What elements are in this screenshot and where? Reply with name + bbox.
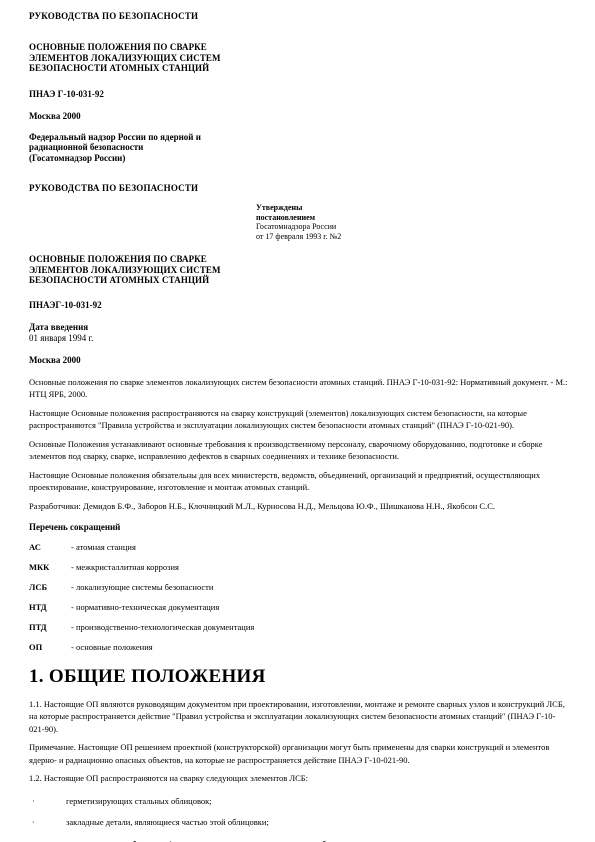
list-item-text: узлы приварки к облицовке функциональных… <box>66 838 569 842</box>
city-year-repeat: Москва 2000 <box>29 355 569 365</box>
approval-line: Госатомнадзора России <box>256 222 569 232</box>
clause-1-1-note: Примечание. Настоящие ОП решением проект… <box>29 741 569 766</box>
approval-line: от 17 февраля 1993 г. №2 <box>256 232 569 242</box>
doc-title-line: ОСНОВНЫЕ ПОЛОЖЕНИЯ ПО СВАРКЕ <box>29 254 569 265</box>
abbreviation-term: ПТД <box>29 621 71 634</box>
city-year: Москва 2000 <box>29 111 569 121</box>
bibliography-paragraph: Основные положения по сварке элементов л… <box>29 376 569 401</box>
clause-1-1: 1.1. Настоящие ОП являются руководящим д… <box>29 698 569 736</box>
abbreviation-term: АС <box>29 541 71 554</box>
abbreviations-heading: Перечень сокращений <box>29 522 569 532</box>
doc-title-line: БЕЗОПАСНОСТИ АТОМНЫХ СТАНЦИЙ <box>29 275 569 286</box>
issuing-authority: Федеральный надзор России по ядерной и р… <box>29 132 569 164</box>
authority-line: радиационной безопасности <box>29 142 569 153</box>
requirements-paragraph: Основные Положения устанавливают основны… <box>29 438 569 463</box>
doc-number-repeat: ПНАЭГ-10-031-92 <box>29 300 569 310</box>
doc-number: ПНАЭ Г-10-031-92 <box>29 89 569 99</box>
abbreviation-definition: - производственно-технологическая докуме… <box>71 621 569 634</box>
doc-type-kicker-repeat: РУКОВОДСТВА ПО БЕЗОПАСНОСТИ <box>29 183 569 193</box>
effective-date-label: Дата введения <box>29 322 569 333</box>
abbreviation-definition: - основные положения <box>71 641 569 654</box>
approval-line: постановлением <box>256 213 569 223</box>
list-item: · герметизирующих стальных облицовок; <box>29 795 569 808</box>
abbreviation-row: ЛСБ - локализующие системы безопасности <box>29 581 569 594</box>
abbreviation-row: ПТД - производственно-технологическая до… <box>29 621 569 634</box>
list-item: · узлы приварки к облицовке функциональн… <box>29 838 569 842</box>
clause-1-2: 1.2. Настоящие ОП распространяются на св… <box>29 772 569 785</box>
doc-title: ОСНОВНЫЕ ПОЛОЖЕНИЯ ПО СВАРКЕ ЭЛЕМЕНТОВ Л… <box>29 42 569 74</box>
doc-type-kicker: РУКОВОДСТВА ПО БЕЗОПАСНОСТИ <box>29 11 569 21</box>
abbreviation-term: ЛСБ <box>29 581 71 594</box>
document-page: РУКОВОДСТВА ПО БЕЗОПАСНОСТИ ОСНОВНЫЕ ПОЛ… <box>0 0 595 842</box>
approval-line: Утверждены <box>256 203 569 213</box>
authority-line: Федеральный надзор России по ядерной и <box>29 132 569 143</box>
abbreviation-row: НТД - нормативно-техническая документаци… <box>29 601 569 614</box>
abbreviation-row: МКК - межкристаллитная коррозия <box>29 561 569 574</box>
doc-title-line: ЭЛЕМЕНТОВ ЛОКАЛИЗУЮЩИХ СИСТЕМ <box>29 53 569 64</box>
effective-date-block: Дата введения 01 января 1994 г. <box>29 322 569 344</box>
abbreviation-row: ОП - основные положения <box>29 641 569 654</box>
list-item: · закладные детали, являющиеся частью эт… <box>29 816 569 829</box>
list-item-text: закладные детали, являющиеся частью этой… <box>66 816 569 829</box>
section-1-heading: 1. ОБЩИЕ ПОЛОЖЕНИЯ <box>29 666 569 688</box>
abbreviation-term: МКК <box>29 561 71 574</box>
bullet-icon: · <box>29 816 66 829</box>
abbreviation-definition: - атомная станция <box>71 541 569 554</box>
bullet-icon: · <box>29 838 66 842</box>
list-item-text: герметизирующих стальных облицовок; <box>66 795 569 808</box>
abbreviation-definition: - локализующие системы безопасности <box>71 581 569 594</box>
developers-line: Разработчики: Демидов Б.Ф., Заборов Н.Б.… <box>29 500 569 513</box>
abbreviation-row: АС - атомная станция <box>29 541 569 554</box>
doc-title-repeat: ОСНОВНЫЕ ПОЛОЖЕНИЯ ПО СВАРКЕ ЭЛЕМЕНТОВ Л… <box>29 254 569 286</box>
abbreviation-definition: - межкристаллитная коррозия <box>71 561 569 574</box>
bullet-icon: · <box>29 795 66 808</box>
mandatory-paragraph: Настоящие Основные положения обязательны… <box>29 469 569 494</box>
scope-paragraph: Настоящие Основные положения распростран… <box>29 407 569 432</box>
effective-date-value: 01 января 1994 г. <box>29 333 569 344</box>
doc-title-line: БЕЗОПАСНОСТИ АТОМНЫХ СТАНЦИЙ <box>29 63 569 74</box>
abbreviation-term: ОП <box>29 641 71 654</box>
abbreviation-term: НТД <box>29 601 71 614</box>
doc-title-line: ЭЛЕМЕНТОВ ЛОКАЛИЗУЮЩИХ СИСТЕМ <box>29 265 569 276</box>
abbreviation-definition: - нормативно-техническая документация <box>71 601 569 614</box>
doc-title-line: ОСНОВНЫЕ ПОЛОЖЕНИЯ ПО СВАРКЕ <box>29 42 569 53</box>
authority-line: (Госатомнадзор России) <box>29 153 569 164</box>
approval-stamp: Утверждены постановлением Госатомнадзора… <box>256 203 569 254</box>
